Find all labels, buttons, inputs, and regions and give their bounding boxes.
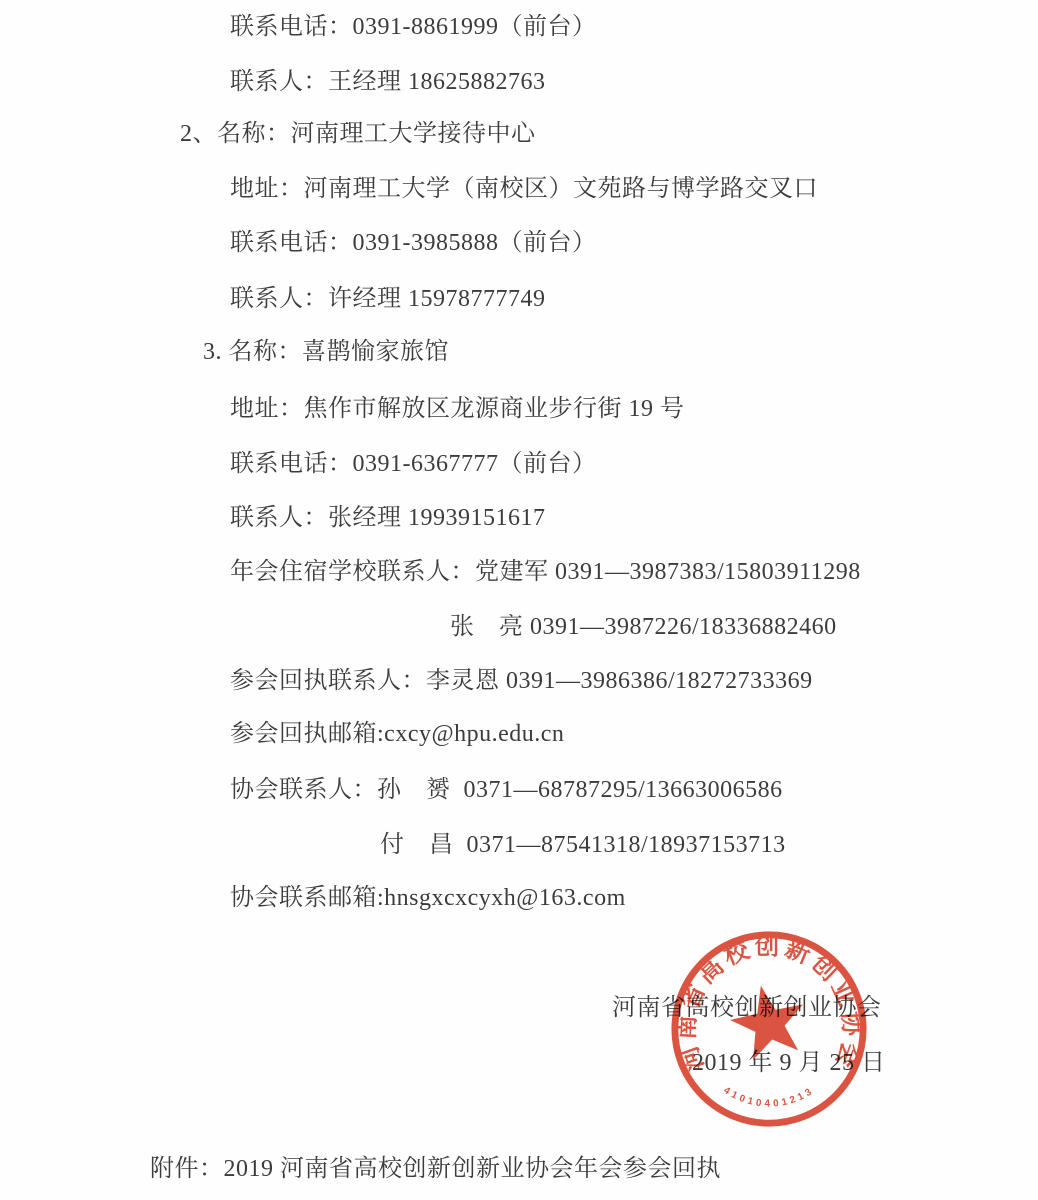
doc-line: 地址：焦作市解放区龙源商业步行街 19 号 — [230, 396, 685, 424]
doc-line: 联系人：王经理 18625882763 — [230, 69, 546, 97]
document-page: 联系电话：0391-8861999（前台）联系人：王经理 18625882763… — [0, 0, 1038, 1200]
doc-line: 联系电话：0391-3985888（前台） — [230, 230, 597, 258]
doc-line: 参会回执邮箱:cxcy@hpu.edu.cn — [230, 721, 564, 749]
doc-line: 联系人：张经理 19939151617 — [230, 505, 546, 533]
doc-line: 付 昌 0371—87541318/18937153713 — [380, 832, 786, 860]
seal-graphic: 河南省高校创新创业协会 41010401213 — [668, 928, 870, 1130]
official-seal-stamp: 河南省高校创新创业协会 41010401213 — [668, 928, 870, 1130]
doc-line: 地址：河南理工大学（南校区）文苑路与博学路交叉口 — [230, 176, 818, 204]
signature-org: 河南省高校创新创业协会 — [612, 995, 882, 1023]
signature-date: 2019 年 9 月 25 日 — [692, 1050, 886, 1078]
doc-line: 联系电话：0391-8861999（前台） — [230, 14, 597, 42]
doc-line: 协会联系人：孙 赟 0371—68787295/13663006586 — [230, 777, 783, 805]
doc-line: 联系人：许经理 15978777749 — [230, 286, 546, 314]
doc-line: 参会回执联系人：李灵恩 0391—3986386/18272733369 — [230, 668, 813, 696]
doc-line: 联系电话：0391-6367777（前台） — [230, 451, 597, 479]
doc-line: 张 亮 0391—3987226/18336882460 — [450, 614, 837, 642]
doc-line: 协会联系邮箱:hnsgxcxcyxh@163.com — [230, 885, 626, 913]
seal-ring — [675, 935, 863, 1123]
doc-line: 年会住宿学校联系人：党建军 0391—3987383/15803911298 — [230, 559, 861, 587]
attachment-line: 附件：2019 河南省高校创新创新业协会年会参会回执 — [150, 1156, 721, 1184]
doc-line: 2、名称：河南理工大学接待中心 — [180, 121, 536, 149]
seal-serial-number: 41010401213 — [721, 1085, 816, 1109]
doc-line: 3. 名称：喜鹊愉家旅馆 — [203, 339, 449, 367]
